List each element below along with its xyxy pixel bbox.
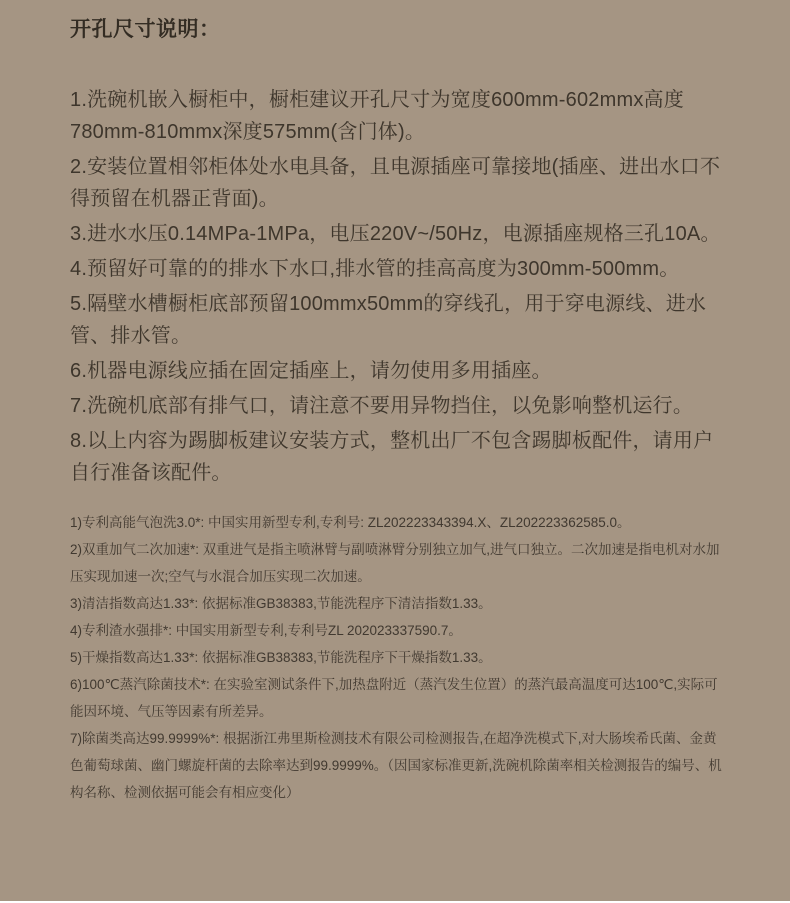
note-item-3: 3.进水水压0.14MPa-1MPa，电压220V~/50Hz，电源插座规格三孔…: [70, 218, 724, 250]
footnote-item-7: 7)除菌类高达99.9999%*: 根据浙江弗里斯检测技术有限公司检测报告,在超…: [70, 725, 724, 806]
footnote-item-4: 4)专利渣水强排*: 中国实用新型专利,专利号ZL 202023337590.7…: [70, 617, 724, 644]
note-item-2: 2.安装位置相邻柜体处水电具备，且电源插座可靠接地(插座、进出水口不得预留在机器…: [70, 151, 724, 215]
note-item-8: 8.以上内容为踢脚板建议安装方式，整机出厂不包含踢脚板配件，请用户自行准备该配件…: [70, 425, 724, 489]
footnote-item-3: 3)清洁指数高达1.33*: 依据标准GB38383,节能洗程序下清洁指数1.3…: [70, 590, 724, 617]
footnotes-list: 1)专利高能气泡洗3.0*: 中国实用新型专利,专利号: ZL202223343…: [70, 509, 724, 806]
note-item-7: 7.洗碗机底部有排气口，请注意不要用异物挡住，以免影响整机运行。: [70, 390, 724, 422]
page-title: 开孔尺寸说明：: [70, 0, 724, 42]
footnote-item-1: 1)专利高能气泡洗3.0*: 中国实用新型专利,专利号: ZL202223343…: [70, 509, 724, 536]
spec-content: 开孔尺寸说明： 1.洗碗机嵌入橱柜中，橱柜建议开孔尺寸为宽度600mm-602m…: [70, 0, 724, 806]
note-item-4: 4.预留好可靠的的排水下水口,排水管的挂高高度为300mm-500mm。: [70, 253, 724, 285]
note-item-5: 5.隔壁水槽橱柜底部预留100mmx50mm的穿线孔，用于穿电源线、进水管、排水…: [70, 288, 724, 352]
footnote-item-6: 6)100℃蒸汽除菌技术*: 在实验室测试条件下,加热盘附近（蒸汽发生位置）的蒸…: [70, 671, 724, 725]
footnote-item-2: 2)双重加气二次加速*: 双重进气是指主喷淋臂与副喷淋臂分别独立加气,进气口独立…: [70, 536, 724, 590]
note-item-1: 1.洗碗机嵌入橱柜中，橱柜建议开孔尺寸为宽度600mm-602mmx高度780m…: [70, 84, 724, 148]
footnote-item-5: 5)干燥指数高达1.33*: 依据标准GB38383,节能洗程序下干燥指数1.3…: [70, 644, 724, 671]
note-item-6: 6.机器电源线应插在固定插座上，请勿使用多用插座。: [70, 355, 724, 387]
installation-notes-list: 1.洗碗机嵌入橱柜中，橱柜建议开孔尺寸为宽度600mm-602mmx高度780m…: [70, 84, 724, 489]
spec-sheet-page: 开孔尺寸说明： 1.洗碗机嵌入橱柜中，橱柜建议开孔尺寸为宽度600mm-602m…: [0, 0, 790, 903]
